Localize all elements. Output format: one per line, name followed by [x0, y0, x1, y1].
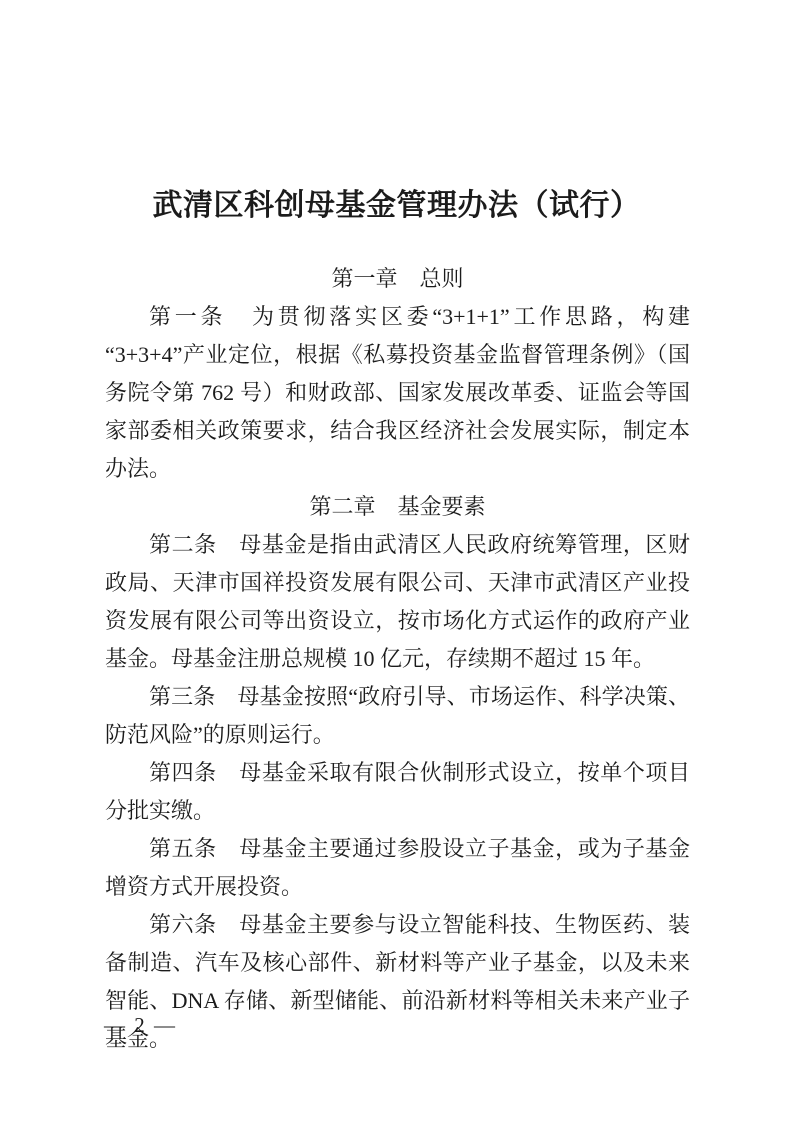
document-body: 第一章 总则 第一条 为贯彻落实区委“3+1+1”工作思路，构建“3+3+4”产… [105, 260, 690, 1058]
document-title: 武清区科创母基金管理办法（试行） [0, 180, 793, 224]
document-page: 武清区科创母基金管理办法（试行） 第一章 总则 第一条 为贯彻落实区委“3+1+… [0, 0, 793, 1122]
article-3: 第三条 母基金按照“政府引导、市场运作、科学决策、防范风险”的原则运行。 [105, 678, 690, 754]
article-5: 第五条 母基金主要通过参股设立子基金，或为子基金增资方式开展投资。 [105, 830, 690, 906]
chapter-heading-1: 第一章 总则 [105, 260, 690, 298]
article-2: 第二条 母基金是指由武清区人民政府统筹管理，区财政局、天津市国祥投资发展有限公司… [105, 526, 690, 678]
article-4: 第四条 母基金采取有限合伙制形式设立，按单个项目分批实缴。 [105, 754, 690, 830]
article-6: 第六条 母基金主要参与设立智能科技、生物医药、装备制造、汽车及核心部件、新材料等… [105, 906, 690, 1058]
page-number: — 2 — [104, 1013, 177, 1038]
chapter-heading-2: 第二章 基金要素 [105, 488, 690, 526]
article-1: 第一条 为贯彻落实区委“3+1+1”工作思路，构建“3+3+4”产业定位，根据《… [105, 298, 690, 488]
